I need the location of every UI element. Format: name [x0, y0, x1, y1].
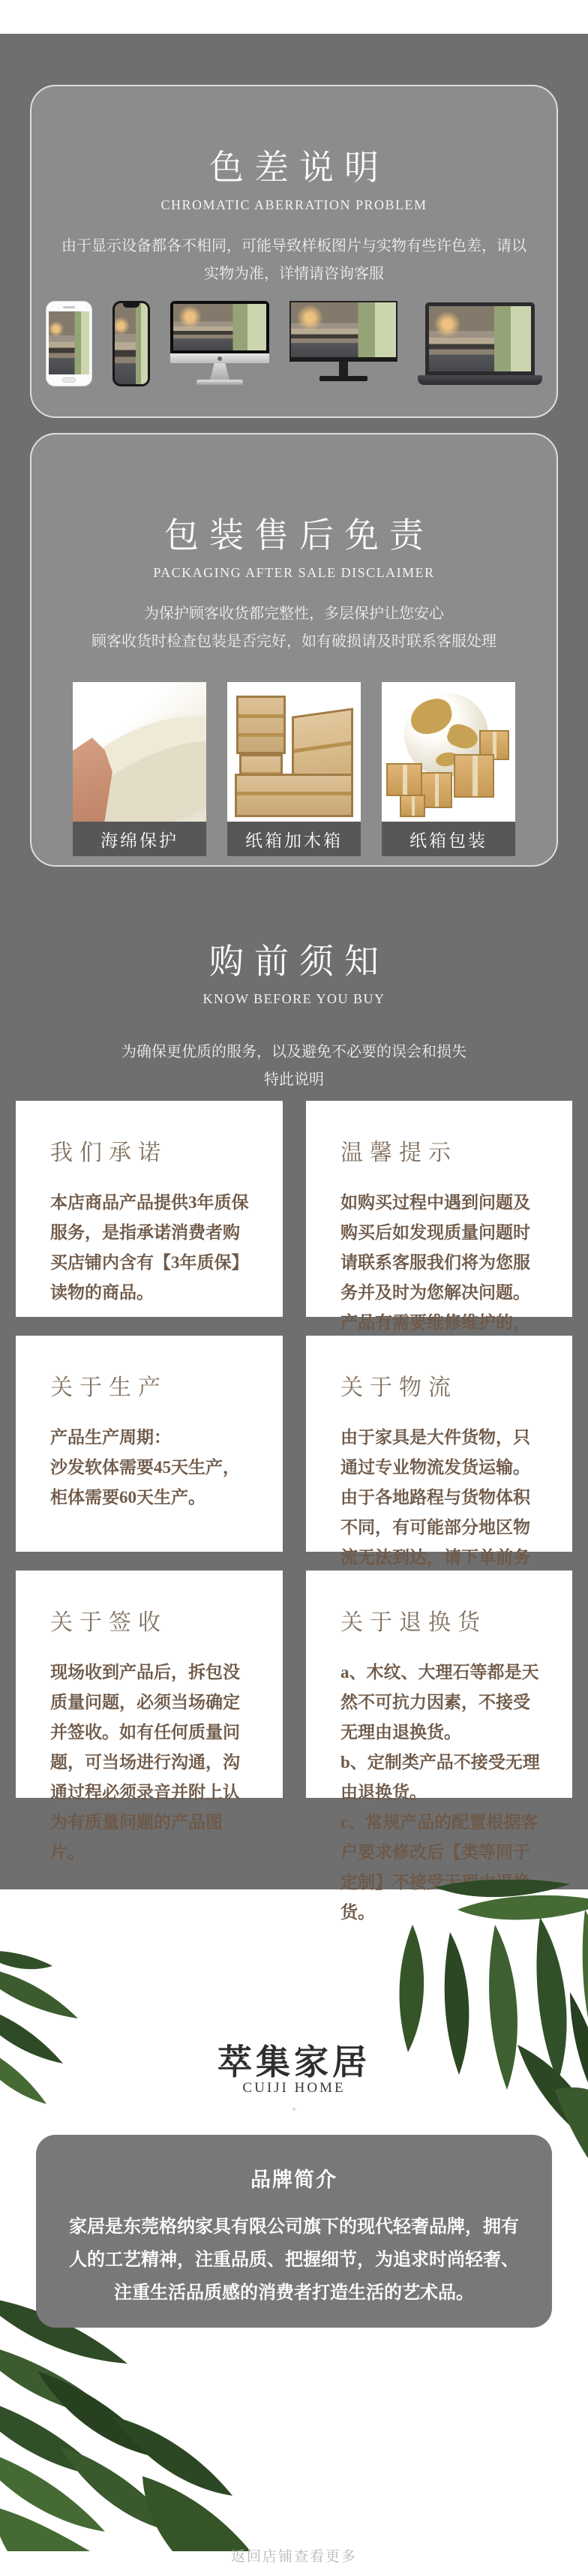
brand-divider-icon: ÷ — [0, 2106, 588, 2114]
monitor-mockup — [289, 301, 397, 386]
packaging-description-line1: 为保护顾客收货都完整性，多层保护让您安心 — [31, 600, 556, 628]
chromatic-title: 色差说明 — [31, 86, 556, 190]
brand-name: 萃集家居 — [0, 2035, 588, 2085]
packaging-description-line2: 顾客收货时检查包装是否完好，如有破损请及时联系客服处理 — [31, 628, 556, 656]
device-mockup-row — [31, 299, 556, 386]
apple-logo-icon — [217, 356, 222, 361]
bedroom-photo — [49, 311, 89, 374]
packaging-label: 纸箱包装 — [382, 822, 515, 856]
carton-box — [400, 795, 425, 817]
notice-card-promise: 我们承诺 本店商品产品提供3年质保服务，是指承诺消费者购买店铺内含有【3年质保】… — [16, 1101, 283, 1317]
bedroom-photo — [115, 303, 148, 384]
notice-card-title: 关于签收 — [50, 1604, 256, 1637]
notice-card-body: 现场收到产品后，拆包没质量问题，必须当场确定并签收。如有任何质量问题，可当场进行… — [50, 1658, 256, 1868]
notice-card-production: 关于生产 产品生产周期： 沙发软体需要45天生产， 柜体需要60天生产。 — [16, 1336, 283, 1552]
laptop-screen — [425, 302, 535, 375]
notice-card-signing: 关于签收 现场收到产品后，拆包没质量问题，必须当场确定并签收。如有任何质量问题，… — [16, 1571, 283, 1798]
imac-stand — [210, 363, 229, 380]
brand-intro-title: 品牌简介 — [36, 2135, 552, 2193]
phone-home-button — [62, 377, 76, 383]
product-detail-page: { "colors": { "page_gray": "#6f6f6f", "c… — [0, 0, 588, 2576]
chromatic-aberration-card: 色差说明 CHROMATIC ABERRATION PROBLEM 由于显示设备… — [30, 85, 558, 418]
crate-box-long — [235, 774, 353, 817]
monitor-stand — [339, 362, 348, 376]
notice-description-line2: 特此说明 — [0, 1066, 588, 1094]
notice-card-returns: 关于退换货 a、木纹、大理石等都是天然不可抗力因素，不接受无理由退换货。 b、定… — [306, 1571, 572, 1798]
gray-background-section: 色差说明 CHROMATIC ABERRATION PROBLEM 由于显示设备… — [0, 34, 588, 1889]
notice-card-title: 关于退换货 — [340, 1604, 545, 1637]
notice-card-grid: 我们承诺 本店商品产品提供3年质保服务，是指承诺消费者购买店铺内含有【3年质保】… — [16, 1101, 572, 1798]
sponge-protection-image — [73, 682, 206, 822]
notice-title: 购前须知 — [0, 900, 588, 984]
black-phone-mockup — [112, 301, 150, 386]
carton-box — [421, 772, 452, 808]
notice-description-line1: 为确保更优质的服务，以及避免不必要的误会和损失 — [0, 1039, 588, 1066]
packaging-item-crate: 纸箱加木箱 — [227, 682, 361, 856]
packaging-title: 包装售后免责 — [31, 434, 556, 558]
notice-card-body: 产品生产周期： 沙发软体需要45天生产， 柜体需要60天生产。 — [50, 1423, 256, 1513]
notice-card-title: 我们承诺 — [50, 1134, 256, 1167]
crate-box — [236, 696, 286, 754]
phone-speaker-bar — [63, 306, 75, 308]
brand-name-english: CUIJI HOME — [0, 2080, 588, 2097]
laptop-keyboard-base — [418, 375, 542, 385]
packaging-label: 海绵保护 — [73, 822, 206, 856]
bedroom-photo — [173, 304, 266, 350]
imac-base — [196, 380, 243, 385]
packaging-item-sponge: 海绵保护 — [73, 682, 206, 856]
notice-card-body: 本店商品产品提供3年质保服务，是指承诺消费者购买店铺内含有【3年质保】读物的商品… — [50, 1188, 256, 1308]
notice-card-title: 温馨提示 — [340, 1134, 545, 1167]
notice-subtitle: KNOW BEFORE YOU BUY — [0, 991, 588, 1007]
laptop-mockup — [418, 302, 542, 386]
monitor-screen — [289, 301, 397, 357]
bedroom-photo — [429, 306, 531, 371]
brand-intro-body: 家居是东莞格纳家具有限公司旗下的现代轻奢品牌，拥有人的工艺精神，注重品质、把握细… — [61, 2211, 526, 2310]
packaging-label: 纸箱加木箱 — [227, 822, 361, 856]
white-phone-mockup — [46, 301, 92, 386]
carton-box — [386, 763, 422, 796]
notice-card-tips: 温馨提示 如购买过程中遇到问题及购买后如发现质量问题时请联系客服我们将为您服务并… — [306, 1101, 572, 1317]
bedroom-photo — [291, 302, 396, 357]
wooden-crate-image — [227, 682, 361, 822]
imac-screen — [170, 301, 269, 353]
globe-cartons-image — [382, 682, 515, 822]
packaging-disclaimer-card: 包装售后免责 PACKAGING AFTER SALE DISCLAIMER 为… — [30, 433, 558, 867]
notice-card-title: 关于物流 — [340, 1369, 545, 1402]
carton-box — [454, 754, 494, 798]
packaging-item-carton: 纸箱包装 — [382, 682, 515, 856]
monitor-base — [319, 376, 367, 381]
notice-card-body: a、木纹、大理石等都是天然不可抗力因素，不接受无理由退换货。 b、定制类产品不接… — [340, 1658, 545, 1928]
packaging-image-row: 海绵保护 纸箱加木箱 — [73, 682, 518, 856]
chromatic-description: 由于显示设备都各不相同，可能导致样板图片与实物有些许色差，请以实物为准，详情请咨… — [58, 233, 530, 288]
back-to-shop-link[interactable]: 返回店铺查看更多 — [0, 2545, 588, 2565]
phone-notch — [123, 303, 139, 308]
know-before-you-buy-header: 购前须知 KNOW BEFORE YOU BUY 为确保更优质的服务，以及避免不… — [0, 900, 588, 1094]
chromatic-subtitle: CHROMATIC ABERRATION PROBLEM — [31, 197, 556, 213]
imac-chin — [170, 353, 269, 363]
notice-card-logistics: 关于物流 由于家具是大件货物，只通过专业物流发货运输。由于各地路程与货物体积不同… — [306, 1336, 572, 1552]
imac-mockup — [170, 301, 269, 386]
notice-card-title: 关于生产 — [50, 1369, 256, 1402]
brand-intro-card: 品牌简介 家居是东莞格纳家具有限公司旗下的现代轻奢品牌，拥有人的工艺精神，注重品… — [36, 2135, 552, 2328]
packaging-subtitle: PACKAGING AFTER SALE DISCLAIMER — [31, 565, 556, 581]
